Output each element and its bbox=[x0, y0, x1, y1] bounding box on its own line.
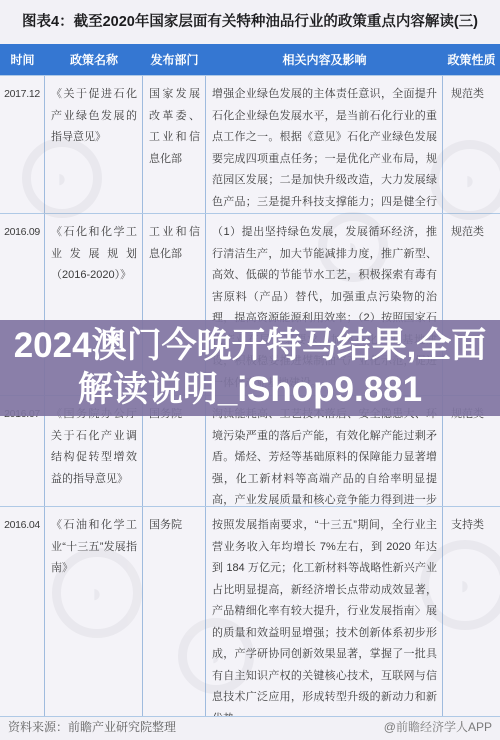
header-cell-policy-name: 政策名称 bbox=[45, 44, 143, 75]
watermark-logo-icon: ◗ bbox=[22, 138, 102, 218]
spam-overlay-line1: 2024澳门今晚开特马结果,全面 bbox=[14, 324, 487, 368]
watermark-logo-icon: ◗ bbox=[178, 618, 254, 694]
footer: 资料来源：前瞻产业研究院整理 @前瞻经济学人APP bbox=[0, 718, 500, 735]
watermark-logo-icon: ◗ bbox=[420, 540, 500, 630]
spam-overlay-banner: 2024澳门今晚开特马结果,全面 解读说明_iShop9.881 bbox=[0, 320, 500, 416]
watermark-logo-icon: ◗ bbox=[430, 140, 500, 220]
cell-department: 国家发展改革委、工业和信息化部 bbox=[143, 76, 206, 213]
header-cell-time: 时间 bbox=[0, 44, 45, 75]
page: 图表4：截至2020年国家层面有关特种油品行业的政策重点内容解读(三) 时间 政… bbox=[0, 0, 500, 740]
watermark-logo-icon: ◗ bbox=[52, 548, 142, 638]
footer-source: 资料来源：前瞻产业研究院整理 bbox=[8, 718, 176, 735]
watermark-logo-icon: ◗ bbox=[318, 212, 388, 282]
spam-overlay-line2: 解读说明_iShop9.881 bbox=[78, 368, 422, 412]
cell-content: 增强企业绿色发展的主体责任意识，全面提升石化企业绿色发展水平，是当前石化行业的重… bbox=[206, 76, 443, 213]
cell-content: 按照发展指南要求，“十三五”期间，全行业主营业务收入年均增长 7%左右，到 20… bbox=[206, 507, 443, 716]
page-title: 图表4：截至2020年国家层面有关特种油品行业的政策重点内容解读(三) bbox=[0, 10, 500, 31]
footer-brand: @前瞻经济学人APP bbox=[384, 718, 492, 735]
table-header-row: 时间 政策名称 发布部门 相关内容及影响 政策性质 bbox=[0, 44, 500, 75]
header-cell-content: 相关内容及影响 bbox=[206, 44, 443, 75]
header-cell-department: 发布部门 bbox=[143, 44, 206, 75]
header-cell-policy-type: 政策性质 bbox=[443, 44, 500, 75]
cell-time: 2016.04 bbox=[0, 507, 45, 716]
